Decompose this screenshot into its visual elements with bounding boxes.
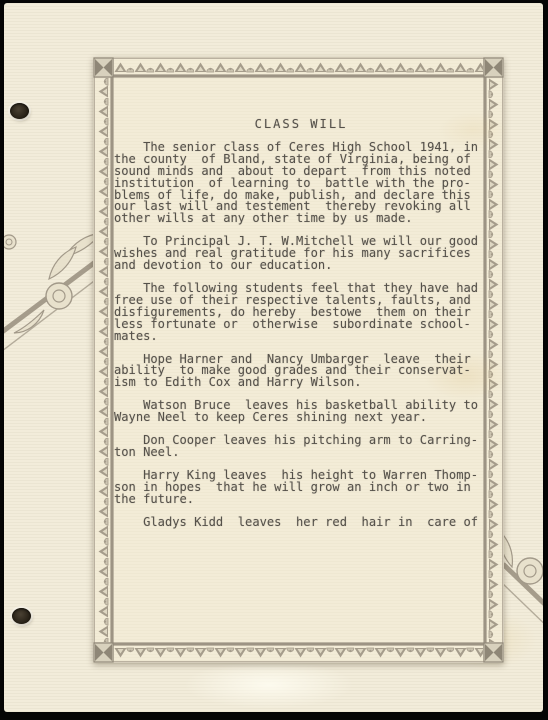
paragraph: Watson Bruce leaves his basketball abili… bbox=[114, 400, 488, 424]
scroll-ornament-top-left-icon bbox=[4, 232, 104, 367]
paragraph: To Principal J. T. W.Mitchell we will ou… bbox=[114, 236, 488, 272]
text-line: Wayne Neel to keep Ceres shining next ye… bbox=[114, 412, 488, 424]
photo-background: CLASS WILL The senior class of Ceres Hig… bbox=[0, 0, 548, 720]
document-title: CLASS WILL bbox=[114, 119, 488, 131]
text-line: other wills at any other time by us made… bbox=[114, 213, 488, 225]
paragraph: The senior class of Ceres High School 19… bbox=[114, 142, 488, 225]
paragraph: Hope Harner and Nancy Umbarger leave the… bbox=[114, 354, 488, 390]
text-line: ism to Edith Cox and Harry Wilson. bbox=[114, 377, 488, 389]
text-line: and devotion to our education. bbox=[114, 260, 488, 272]
paragraph: Harry King leaves his height to Warren T… bbox=[114, 470, 488, 506]
scrapbook-page: CLASS WILL The senior class of Ceres Hig… bbox=[4, 3, 543, 712]
hole-punch-top-icon bbox=[10, 103, 29, 119]
hole-punch-bottom-icon bbox=[12, 608, 31, 624]
paper-stain bbox=[184, 661, 354, 709]
will-text: CLASS WILL The senior class of Ceres Hig… bbox=[114, 119, 488, 528]
text-line: Gladys Kidd leaves her red hair in care … bbox=[114, 517, 488, 529]
text-line: the future. bbox=[114, 494, 488, 506]
paragraph-container: The senior class of Ceres High School 19… bbox=[114, 142, 488, 529]
text-line: less fortunate or otherwise subordinate … bbox=[114, 319, 488, 331]
paragraph: Don Cooper leaves his pitching arm to Ca… bbox=[114, 435, 488, 459]
text-line: mates. bbox=[114, 331, 488, 343]
paragraph: The following students feel that they ha… bbox=[114, 283, 488, 343]
class-will-document: CLASS WILL The senior class of Ceres Hig… bbox=[93, 57, 504, 663]
text-line: ton Neel. bbox=[114, 447, 488, 459]
paragraph: Gladys Kidd leaves her red hair in care … bbox=[114, 517, 488, 529]
